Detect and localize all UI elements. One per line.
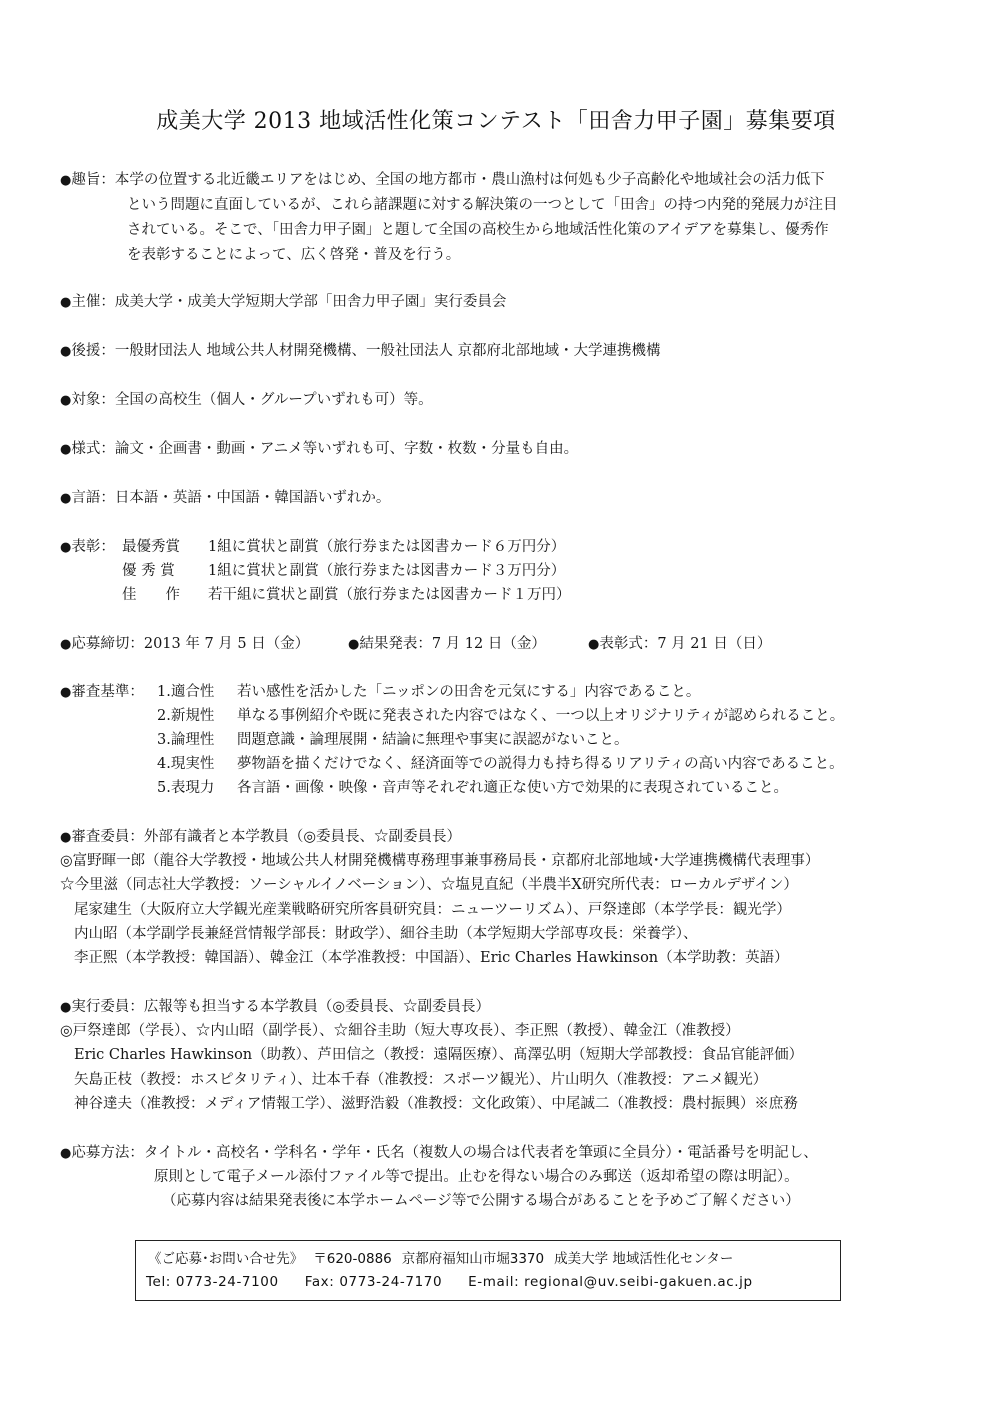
contact-org: 成美大学 地域活性化センター [554, 1251, 733, 1267]
contact-fax: Fax: 0773-24-7170 [305, 1274, 442, 1290]
awards-label: 表彰： [71, 539, 115, 555]
bullet-icon: ● [60, 1146, 71, 1161]
award-name: 最優秀賞 [122, 535, 196, 559]
purpose-line-4: を表彰することによって、広く啓発・普及を行う。 [127, 243, 460, 267]
document-page: 成美大学 2013 地域活性化策コンテスト「田舎力甲子園」募集要項 ●趣旨：本学… [0, 0, 992, 1404]
criteria-name: 1.適合性 [157, 680, 237, 704]
judges-text: 外部有識者と本学教員（◎委員長、☆副委員長） [144, 829, 461, 845]
purpose-section: ●趣旨：本学の位置する北近畿エリアをはじめ、全国の地方都市・農山漁村は何処も少子… [60, 168, 825, 193]
format-text: 論文・企画書・動画・アニメ等いずれも可、字数・枚数・分量も自由。 [115, 441, 578, 457]
results-section: ●結果発表：7 月 12 日（金） [348, 632, 546, 657]
criteria-name: 3.論理性 [157, 728, 237, 752]
support-section: ●後援：一般財団法人 地域公共人材開発機構、一般社団法人 京都府北部地域・大学連… [60, 339, 661, 364]
deadline-label: 応募締切： [71, 636, 144, 652]
ceremony-label: 表彰式： [599, 636, 657, 652]
application-section: ●応募方法：タイトル・高校名・学科名・学年・氏名（複数人の場合は代表者を筆頭に全… [60, 1141, 818, 1166]
award-name: 佳 作 [122, 583, 196, 607]
bullet-icon: ● [60, 173, 71, 188]
committee-text: 広報等も担当する本学教員（◎委員長、☆副委員長） [144, 999, 490, 1015]
schedule-section: ●応募締切：2013 年 7 月 5 日（金） [60, 632, 309, 657]
judges-line: ◎富野暉一郎（龍谷大学教授・地域公共人材開発機構専務理事兼事務局長・京都府北部地… [60, 849, 819, 873]
bullet-icon: ● [60, 1000, 71, 1015]
bullet-icon: ● [60, 830, 71, 845]
judges-line: 内山昭（本学副学長兼経営情報学部長：財政学）、細谷圭助（本学短期大学部専攻長：栄… [74, 922, 698, 946]
judges-line: 尾家建生（大阪府立大学観光産業戦略研究所客員研究員：ニューツーリズム）、戸祭達郎… [74, 898, 791, 922]
bullet-icon: ● [60, 491, 71, 506]
target-text: 全国の高校生（個人・グループいずれも可）等。 [115, 392, 433, 408]
page-title: 成美大学 2013 地域活性化策コンテスト「田舎力甲子園」募集要項 [0, 104, 992, 135]
contact-address-line: 《ご応募･お問い合せ先》〒620-0886京都府福知山市堀3370成美大学 地域… [148, 1247, 733, 1267]
criteria-row: 1.適合性若い感性を活かした「ニッポンの田舎を元気にする」内容であること。 [157, 680, 700, 704]
award-row: 優 秀 賞1組に賞状と副賞（旅行券または図書カード３万円分） [122, 559, 565, 583]
organizer-section: ●主催：成美大学・成美大学短期大学部「田舎力甲子園」実行委員会 [60, 290, 506, 315]
contact-address: 京都府福知山市堀3370 [402, 1251, 544, 1267]
award-row: 佳 作若干組に賞状と副賞（旅行券または図書カード１万円） [122, 583, 571, 607]
award-name: 優 秀 賞 [122, 559, 196, 583]
bullet-icon: ● [60, 540, 71, 555]
committee-line: Eric Charles Hawkinson（助教）、芦田信之（教授：遠隔医療）… [74, 1043, 803, 1067]
criteria-section: ●審査基準： [60, 680, 144, 705]
bullet-icon: ● [60, 344, 71, 359]
criteria-name: 4.現実性 [157, 752, 237, 776]
judges-section: ●審査委員：外部有識者と本学教員（◎委員長、☆副委員長） [60, 825, 461, 850]
committee-line: 神谷達夫（准教授：メディア情報工学）、滋野浩毅（准教授：文化政策）、中尾誠二（准… [74, 1092, 798, 1116]
application-line-2: 原則として電子メール添付ファイル等で提出。止むを得ない場合のみ郵送（返却希望の際… [154, 1165, 799, 1189]
bullet-icon: ● [60, 685, 71, 700]
target-section: ●対象：全国の高校生（個人・グループいずれも可）等。 [60, 388, 433, 413]
organizer-text: 成美大学・成美大学短期大学部「田舎力甲子園」実行委員会 [115, 294, 507, 310]
ceremony-date: 7 月 21 日（日） [657, 636, 771, 652]
criteria-desc: 若い感性を活かした「ニッポンの田舎を元気にする」内容であること。 [237, 684, 700, 700]
criteria-name: 5.表現力 [157, 776, 237, 800]
judges-line: ☆今里滋（同志社大学教授：ソーシャルイノベーション）、☆塩見直紀（半農半X研究所… [60, 873, 798, 897]
bullet-icon: ● [60, 442, 71, 457]
organizer-label: 主催： [71, 294, 115, 310]
criteria-row: 5.表現力各言語・画像・映像・音声等それぞれ適正な使い方で効果的に表現されている… [157, 776, 788, 800]
bullet-icon: ● [348, 637, 359, 652]
criteria-row: 2.新規性単なる事例紹介や既に発表された内容ではなく、一つ以上オリジナリティが認… [157, 704, 844, 728]
contact-heading: 《ご応募･お問い合せ先》 [148, 1251, 303, 1267]
deadline-date: 2013 年 7 月 5 日（金） [144, 636, 309, 652]
language-section: ●言語：日本語・英語・中国語・韓国語いずれか。 [60, 486, 390, 511]
committee-line: 矢島正枝（教授：ホスピタリティ）、辻本千春（准教授：スポーツ観光）、片山明久（准… [74, 1068, 767, 1092]
criteria-row: 3.論理性問題意識・論理展開・結論に無理や事実に誤認がないこと。 [157, 728, 629, 752]
committee-line: ◎戸祭達郎（学長）、☆内山昭（副学長）、☆細谷圭助（短大専攻長）、李正煕（教授）… [60, 1019, 740, 1043]
language-text: 日本語・英語・中国語・韓国語いずれか。 [115, 490, 391, 506]
award-desc: 1組に賞状と副賞（旅行券または図書カード６万円分） [208, 539, 565, 555]
committee-label: 実行委員： [71, 999, 144, 1015]
contact-tel: Tel: 0773-24-7100 [146, 1274, 279, 1290]
criteria-desc: 夢物語を描くだけでなく、経済面等での説得力も持ち得るリアリティの高い内容であるこ… [237, 756, 844, 772]
purpose-line-3: されている。そこで、「田舎力甲子園」と題して全国の高校生から地域活性化策のアイデ… [127, 218, 829, 242]
criteria-name: 2.新規性 [157, 704, 237, 728]
contact-box: 《ご応募･お問い合せ先》〒620-0886京都府福知山市堀3370成美大学 地域… [135, 1240, 841, 1301]
criteria-label: 審査基準： [71, 684, 144, 700]
postal-code: 〒620-0886 [313, 1251, 392, 1267]
criteria-desc: 単なる事例紹介や既に発表された内容ではなく、一つ以上オリジナリティが認められるこ… [237, 708, 844, 724]
support-text: 一般財団法人 地域公共人材開発機構、一般社団法人 京都府北部地域・大学連携機構 [115, 343, 661, 359]
criteria-desc: 各言語・画像・映像・音声等それぞれ適正な使い方で効果的に表現されていること。 [237, 780, 788, 796]
ceremony-section: ●表彰式：7 月 21 日（日） [588, 632, 771, 657]
application-line-1: タイトル・高校名・学科名・学年・氏名（複数人の場合は代表者を筆頭に全員分）・電話… [144, 1145, 818, 1161]
award-row: 最優秀賞1組に賞状と副賞（旅行券または図書カード６万円分） [122, 535, 565, 559]
criteria-desc: 問題意識・論理展開・結論に無理や事実に誤認がないこと。 [237, 732, 629, 748]
award-desc: 1組に賞状と副賞（旅行券または図書カード３万円分） [208, 563, 565, 579]
purpose-line-1: 本学の位置する北近畿エリアをはじめ、全国の地方都市・農山漁村は何処も少子高齢化や… [115, 172, 825, 188]
criteria-row: 4.現実性夢物語を描くだけでなく、経済面等での説得力も持ち得るリアリティの高い内… [157, 752, 844, 776]
format-section: ●様式：論文・企画書・動画・アニメ等いずれも可、字数・枚数・分量も自由。 [60, 437, 578, 462]
support-label: 後援： [71, 343, 115, 359]
purpose-label: 趣旨： [71, 172, 115, 188]
judges-line: 李正煕（本学教授：韓国語）、韓金江（本学准教授：中国語）、Eric Charle… [74, 946, 789, 970]
bullet-icon: ● [60, 637, 71, 652]
contact-email[interactable]: E-mail: regional@uv.seibi-gakuen.ac.jp [468, 1274, 753, 1290]
application-label: 応募方法： [71, 1145, 144, 1161]
committee-section: ●実行委員：広報等も担当する本学教員（◎委員長、☆副委員長） [60, 995, 490, 1020]
results-date: 7 月 12 日（金） [432, 636, 546, 652]
application-line-3: （応募内容は結果発表後に本学ホームページ等で公開する場合があることを予めご了解く… [162, 1189, 800, 1213]
judges-label: 審査委員： [71, 829, 144, 845]
bullet-icon: ● [60, 295, 71, 310]
purpose-line-2: という問題に直面しているが、これら諸課題に対する解決策の一つとして「田舎」の持つ… [127, 193, 838, 217]
awards-section: ●表彰： [60, 535, 115, 560]
award-desc: 若干組に賞状と副賞（旅行券または図書カード１万円） [208, 587, 571, 603]
format-label: 様式： [71, 441, 115, 457]
bullet-icon: ● [588, 637, 599, 652]
bullet-icon: ● [60, 393, 71, 408]
results-label: 結果発表： [359, 636, 432, 652]
language-label: 言語： [71, 490, 115, 506]
target-label: 対象： [71, 392, 115, 408]
contact-numbers-line: Tel: 0773-24-7100Fax: 0773-24-7170E-mail… [146, 1274, 753, 1290]
